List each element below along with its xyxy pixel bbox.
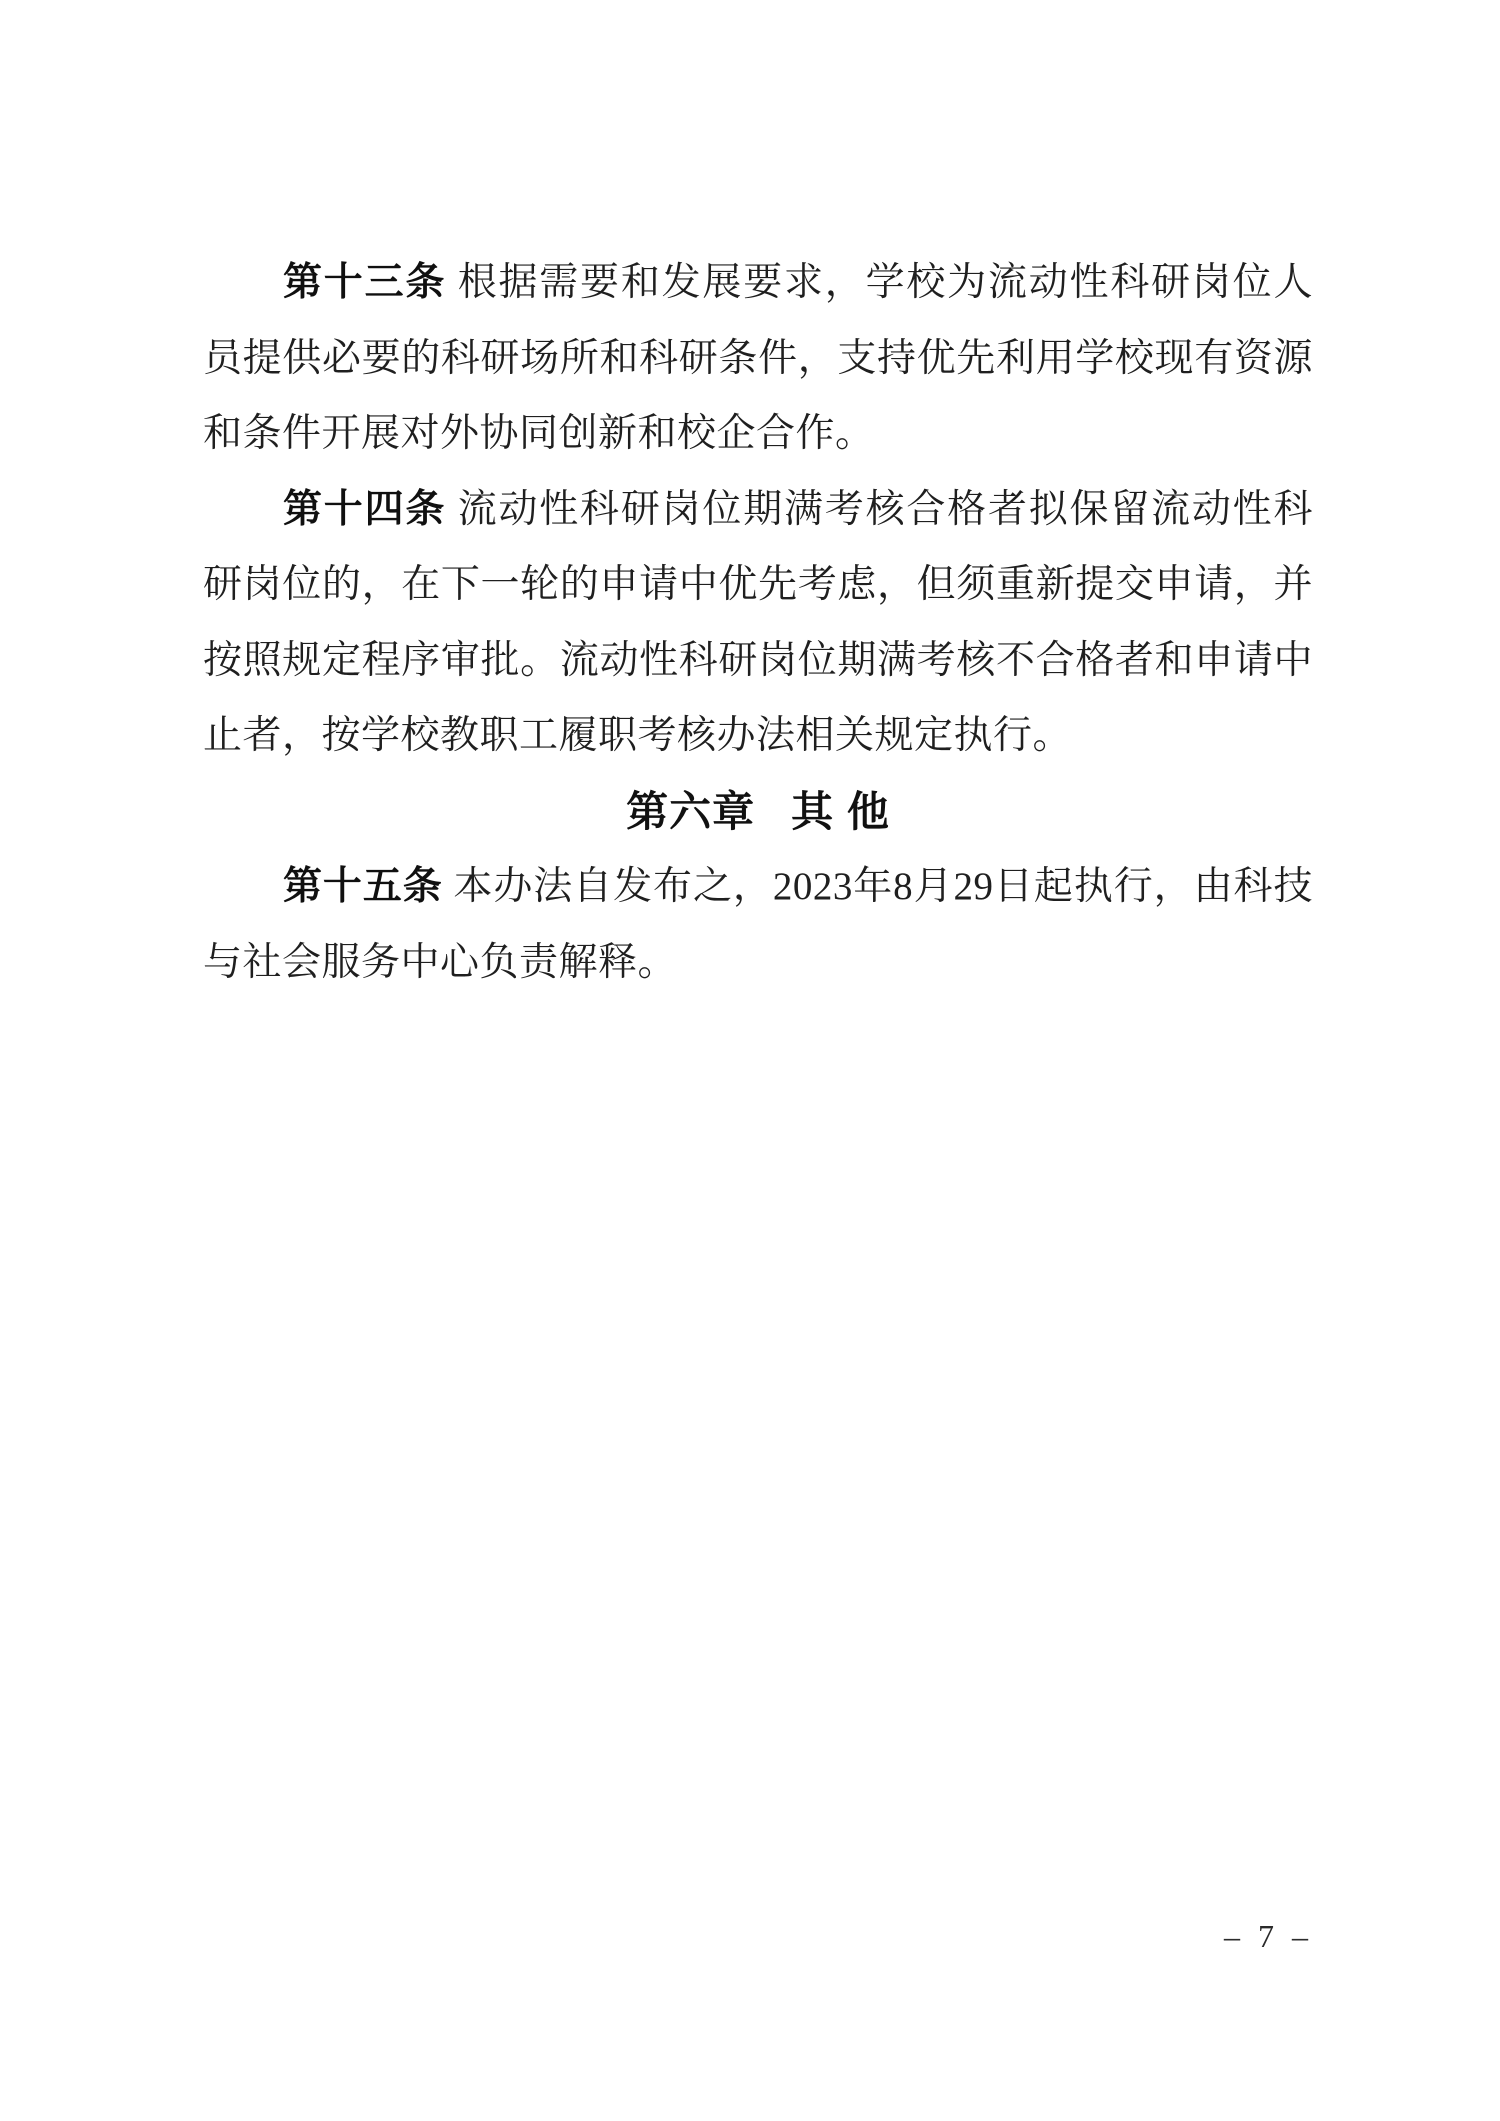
article-13-text-3: 和条件开展对外协同创新和校企合作。 [203,412,875,455]
article-13-line-1: 第十三条 根据需要和发展要求，学校为流动性科研岗位人 [203,245,1313,321]
document-page: 第十三条 根据需要和发展要求，学校为流动性科研岗位人 员提供必要的科研场所和科研… [0,0,1500,2121]
article-14-line-4: 止者，按学校教职工履职考核办法相关规定执行。 [203,698,1313,774]
document-text-block: 第十三条 根据需要和发展要求，学校为流动性科研岗位人 员提供必要的科研场所和科研… [203,245,1313,1000]
article-14-text-4: 止者，按学校教职工履职考核办法相关规定执行。 [203,714,1072,757]
article-15-line-1: 第十五条 本办法自发布之，2023年8月29日起执行，由科技 [203,849,1313,925]
chapter-6-heading: 第六章其 他 [203,774,1313,850]
article-15-label: 第十五条 [283,865,443,908]
page-number: – 7 – [1224,1918,1313,1955]
article-14-label: 第十四条 [283,488,446,531]
article-13-line-3: 和条件开展对外协同创新和校企合作。 [203,396,1313,472]
article-14-line-1: 第十四条 流动性科研岗位期满考核合格者拟保留流动性科 [203,472,1313,548]
article-15-text-2: 与社会服务中心负责解释。 [203,941,677,984]
article-14-text-2: 研岗位的，在下一轮的申请中优先考虑，但须重新提交申请，并 [203,563,1313,606]
article-13-label: 第十三条 [283,261,446,304]
chapter-6-title: 其 他 [791,788,890,835]
article-13-text-2: 员提供必要的科研场所和科研条件，支持优先利用学校现有资源 [203,337,1313,380]
article-14-line-3: 按照规定程序审批。流动性科研岗位期满考核不合格者和申请中 [203,623,1313,699]
article-13-text-1: 根据需要和发展要求，学校为流动性科研岗位人 [446,261,1313,304]
article-14-text-1: 流动性科研岗位期满考核合格者拟保留流动性科 [446,488,1313,531]
article-15-text-1: 本办法自发布之，2023年8月29日起执行，由科技 [443,865,1313,908]
article-14-line-2: 研岗位的，在下一轮的申请中优先考虑，但须重新提交申请，并 [203,547,1313,623]
article-15-line-2: 与社会服务中心负责解释。 [203,925,1313,1001]
article-14-text-3: 按照规定程序审批。流动性科研岗位期满考核不合格者和申请中 [203,639,1313,682]
article-13-line-2: 员提供必要的科研场所和科研条件，支持优先利用学校现有资源 [203,321,1313,397]
chapter-6-label: 第六章 [626,788,755,835]
